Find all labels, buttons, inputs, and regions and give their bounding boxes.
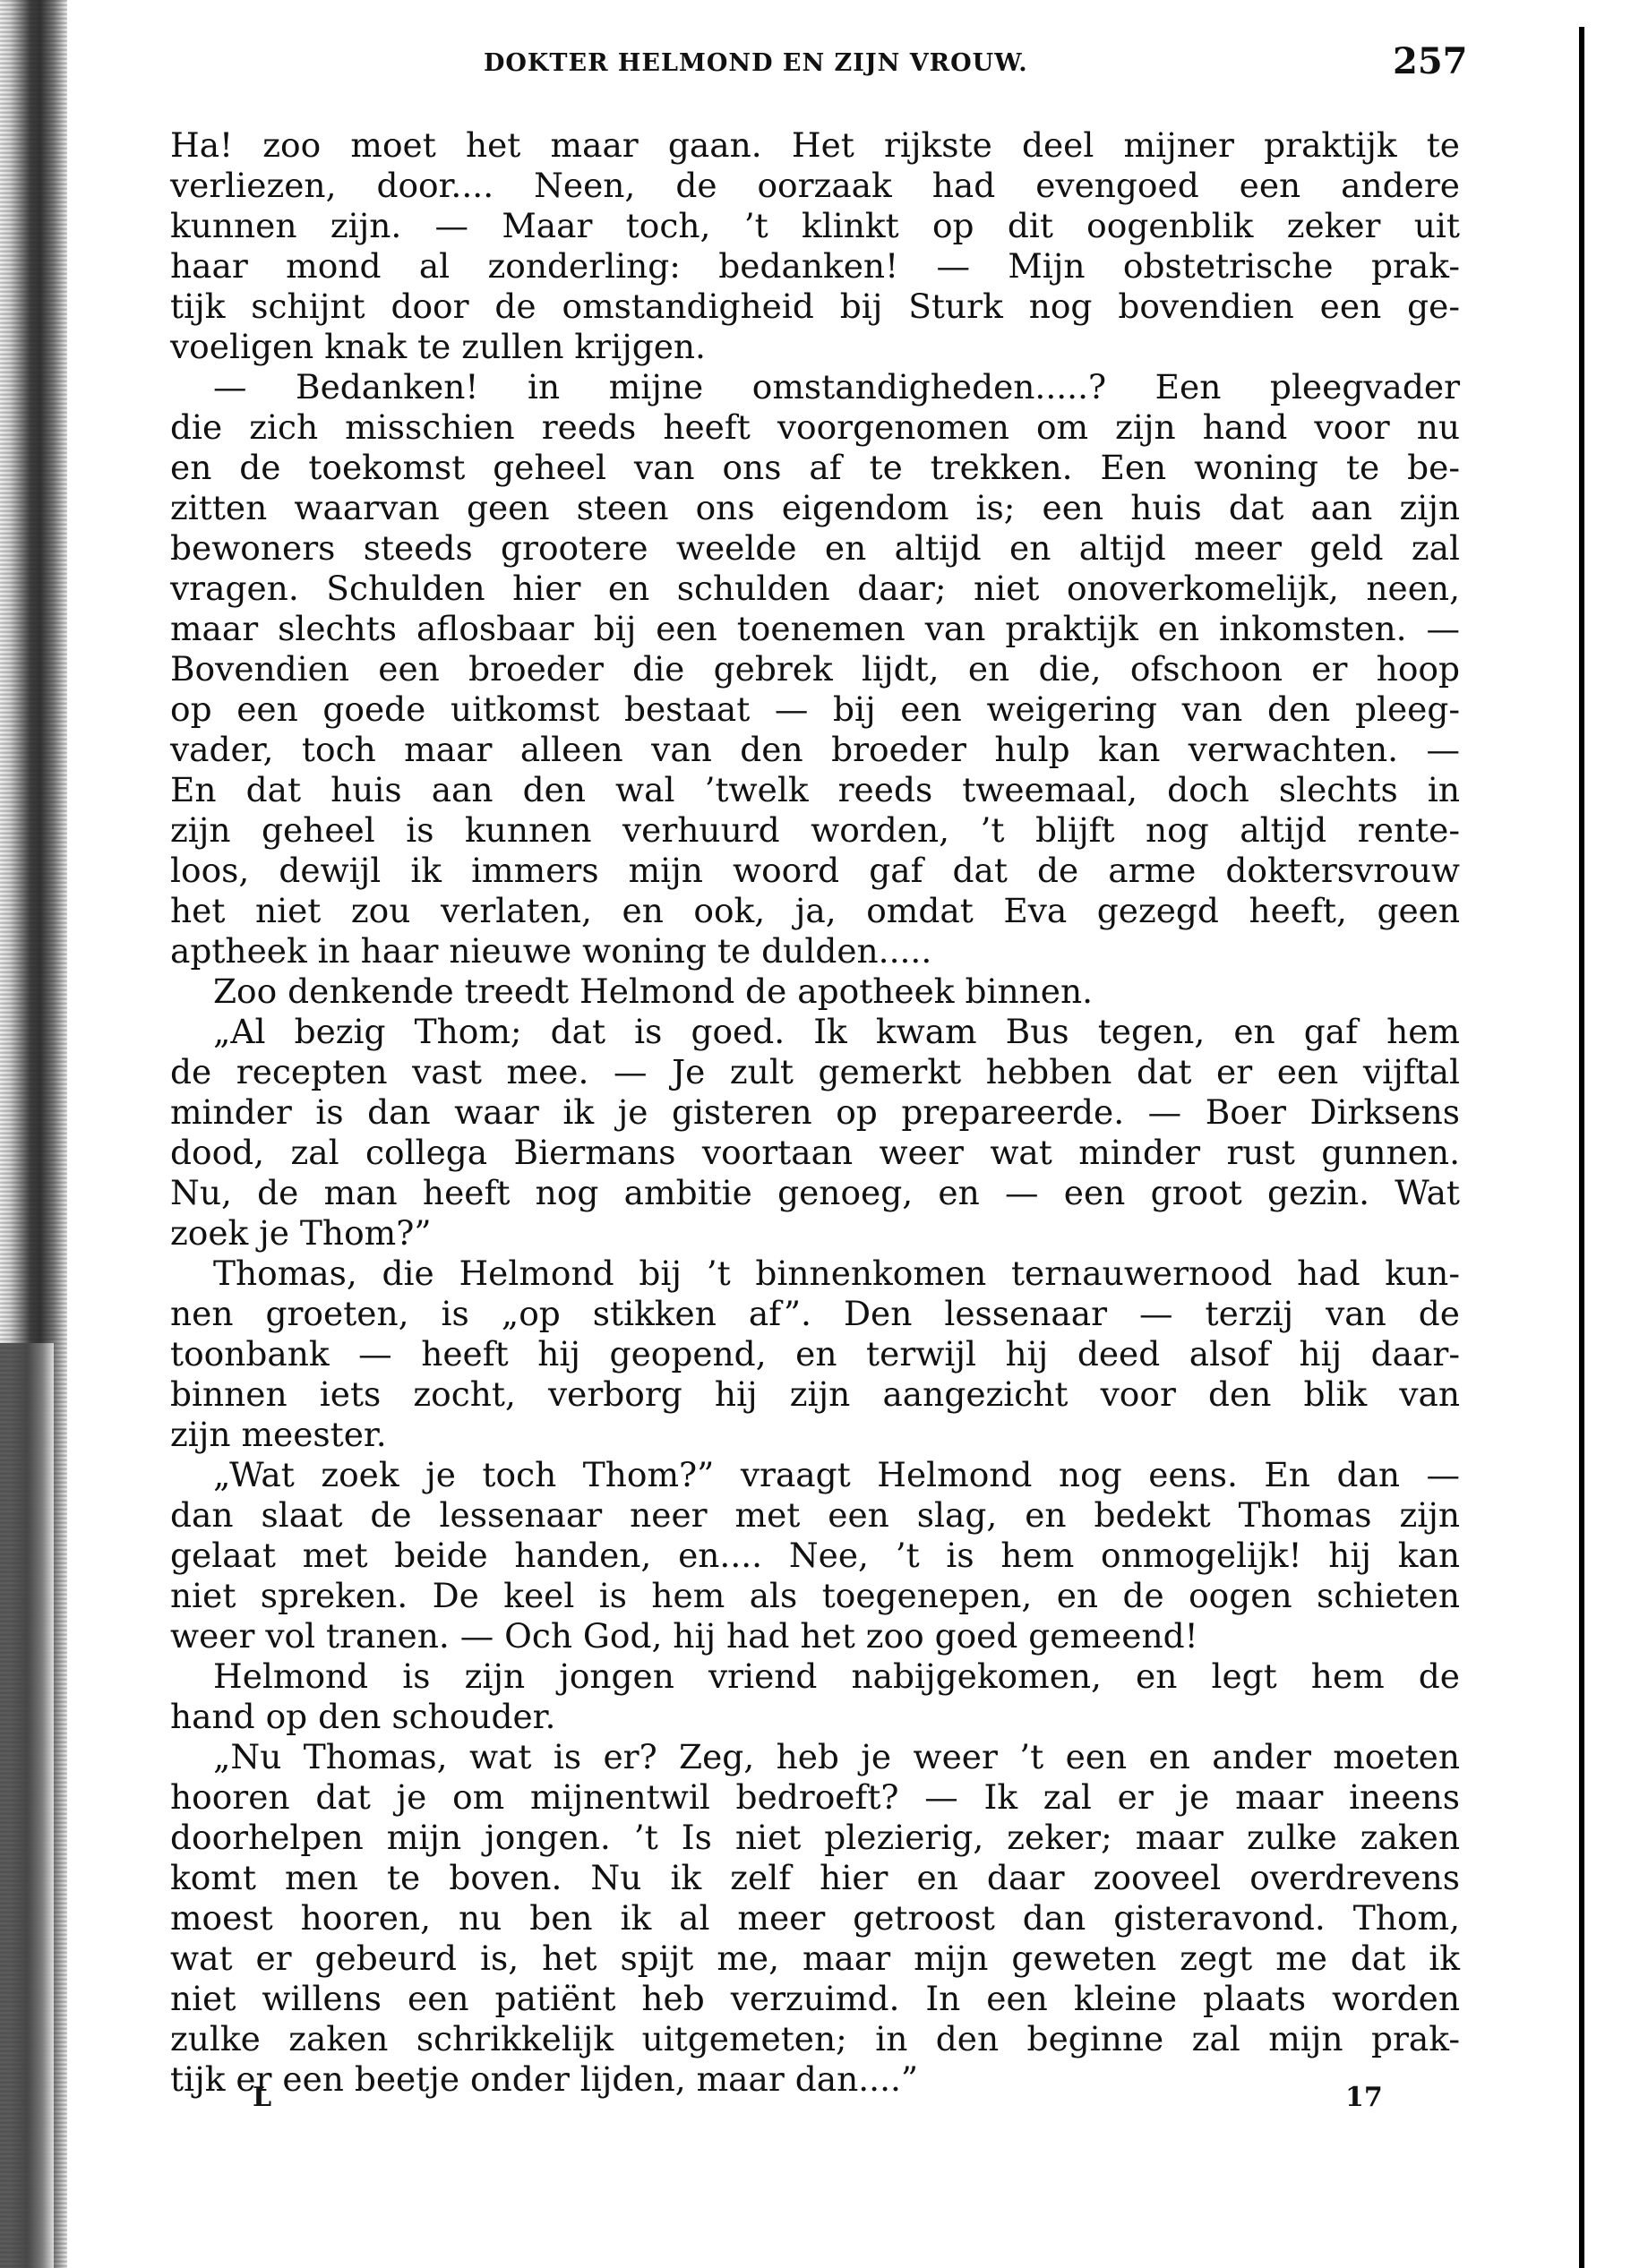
body-text: Ha! zoo moet het maar gaan. Het rijkste … bbox=[170, 125, 1460, 2100]
text-line: Ha! zoo moet het maar gaan. Het rijkste … bbox=[170, 125, 1460, 166]
text-line: tijk er een beetje onder lijden, maar da… bbox=[170, 2059, 1460, 2100]
book-page: DOKTER HELMOND EN ZIJN VROUW. 257 Ha! zo… bbox=[0, 0, 1648, 2268]
text-line: de recepten vast mee. — Je zult gemerkt … bbox=[170, 1052, 1460, 1092]
text-line: kunnen zijn. — Maar toch, ’t klinkt op d… bbox=[170, 206, 1460, 246]
text-line: en de toekomst geheel van ons af te trek… bbox=[170, 448, 1460, 488]
text-line: toonbank — heeft hij geopend, en terwijl… bbox=[170, 1334, 1460, 1374]
text-line: die zich misschien reeds heeft voorgenom… bbox=[170, 407, 1460, 448]
text-line: Nu, de man heeft nog ambitie genoeg, en … bbox=[170, 1173, 1460, 1213]
text-line: binnen iets zocht, verborg hij zijn aang… bbox=[170, 1374, 1460, 1415]
text-line: moest hooren, nu ben ik al meer getroost… bbox=[170, 1898, 1460, 1938]
text-line: Bovendien een broeder die gebrek lijdt, … bbox=[170, 649, 1460, 689]
text-line: zijn geheel is kunnen verhuurd worden, ’… bbox=[170, 810, 1460, 851]
text-line: niet willens een patiënt heb verzuimd. I… bbox=[170, 1979, 1460, 2019]
gathering-mark: 17 bbox=[1345, 2082, 1383, 2113]
text-line: wat er gebeurd is, het spijt me, maar mi… bbox=[170, 1938, 1460, 1979]
page-edge-rule bbox=[1579, 27, 1584, 2268]
text-line: zoek je Thom?” bbox=[170, 1213, 1460, 1254]
text-line: vragen. Schulden hier en schulden daar; … bbox=[170, 569, 1460, 609]
text-line: vader, toch maar alleen van den broeder … bbox=[170, 730, 1460, 770]
text-line: niet spreken. De keel is hem als toegene… bbox=[170, 1576, 1460, 1616]
text-line: doorhelpen mijn jongen. ’t Is niet plezi… bbox=[170, 1818, 1460, 1858]
text-line: dan slaat de lessenaar neer met een slag… bbox=[170, 1495, 1460, 1536]
text-line: „Wat zoek je toch Thom?” vraagt Helmond … bbox=[170, 1455, 1460, 1495]
text-line: komt men te boven. Nu ik zelf hier en da… bbox=[170, 1858, 1460, 1898]
text-line: aptheek in haar nieuwe woning te dulden.… bbox=[170, 931, 1460, 971]
text-line: verliezen, door.... Neen, de oorzaak had… bbox=[170, 166, 1460, 206]
text-line: het niet zou verlaten, en ook, ja, omdat… bbox=[170, 891, 1460, 931]
text-line: Thomas, die Helmond bij ’t binnenkomen t… bbox=[170, 1254, 1460, 1294]
text-line: bewoners steeds grootere weelde en altij… bbox=[170, 528, 1460, 569]
text-line: Helmond is zijn jongen vriend nabijgekom… bbox=[170, 1656, 1460, 1697]
text-line: zulke zaken schrikkelijk uitgemeten; in … bbox=[170, 2019, 1460, 2059]
text-line: haar mond al zonderling: bedanken! — Mij… bbox=[170, 246, 1460, 287]
running-title: DOKTER HELMOND EN ZIJN VROUW. bbox=[484, 49, 1028, 77]
binding-shadow-lower bbox=[0, 1343, 54, 2268]
text-line: tijk schijnt door de omstandigheid bij S… bbox=[170, 287, 1460, 327]
text-line: „Nu Thomas, wat is er? Zeg, heb je weer … bbox=[170, 1737, 1460, 1777]
text-line: Zoo denkende treedt Helmond de apotheek … bbox=[170, 971, 1460, 1012]
text-line: dood, zal collega Biermans voortaan weer… bbox=[170, 1133, 1460, 1173]
text-line: zitten waarvan geen steen ons eigendom i… bbox=[170, 488, 1460, 528]
page-number: 257 bbox=[1393, 40, 1468, 82]
text-line: minder is dan waar ik je gisteren op pre… bbox=[170, 1092, 1460, 1133]
text-line: „Al bezig Thom; dat is goed. Ik kwam Bus… bbox=[170, 1012, 1460, 1052]
text-line: nen groeten, is „op stikken af”. Den les… bbox=[170, 1294, 1460, 1334]
text-line: zijn meester. bbox=[170, 1415, 1460, 1455]
text-line: hand op den schouder. bbox=[170, 1697, 1460, 1737]
text-line: hooren dat je om mijnentwil bedroeft? — … bbox=[170, 1777, 1460, 1818]
text-line: maar slechts aflosbaar bij een toenemen … bbox=[170, 609, 1460, 649]
text-line: voeligen knak te zullen krijgen. bbox=[170, 327, 1460, 367]
text-line: — Bedanken! in mijne omstandigheden.....… bbox=[170, 367, 1460, 407]
text-line: op een goede uitkomst bestaat — bij een … bbox=[170, 689, 1460, 730]
text-line: loos, dewijl ik immers mijn woord gaf da… bbox=[170, 851, 1460, 891]
signature-mark: L bbox=[253, 2082, 271, 2113]
text-line: weer vol tranen. — Och God, hij had het … bbox=[170, 1616, 1460, 1656]
text-line: En dat huis aan den wal ’twelk reeds twe… bbox=[170, 770, 1460, 810]
text-line: gelaat met beide handen, en.... Nee, ’t … bbox=[170, 1536, 1460, 1576]
